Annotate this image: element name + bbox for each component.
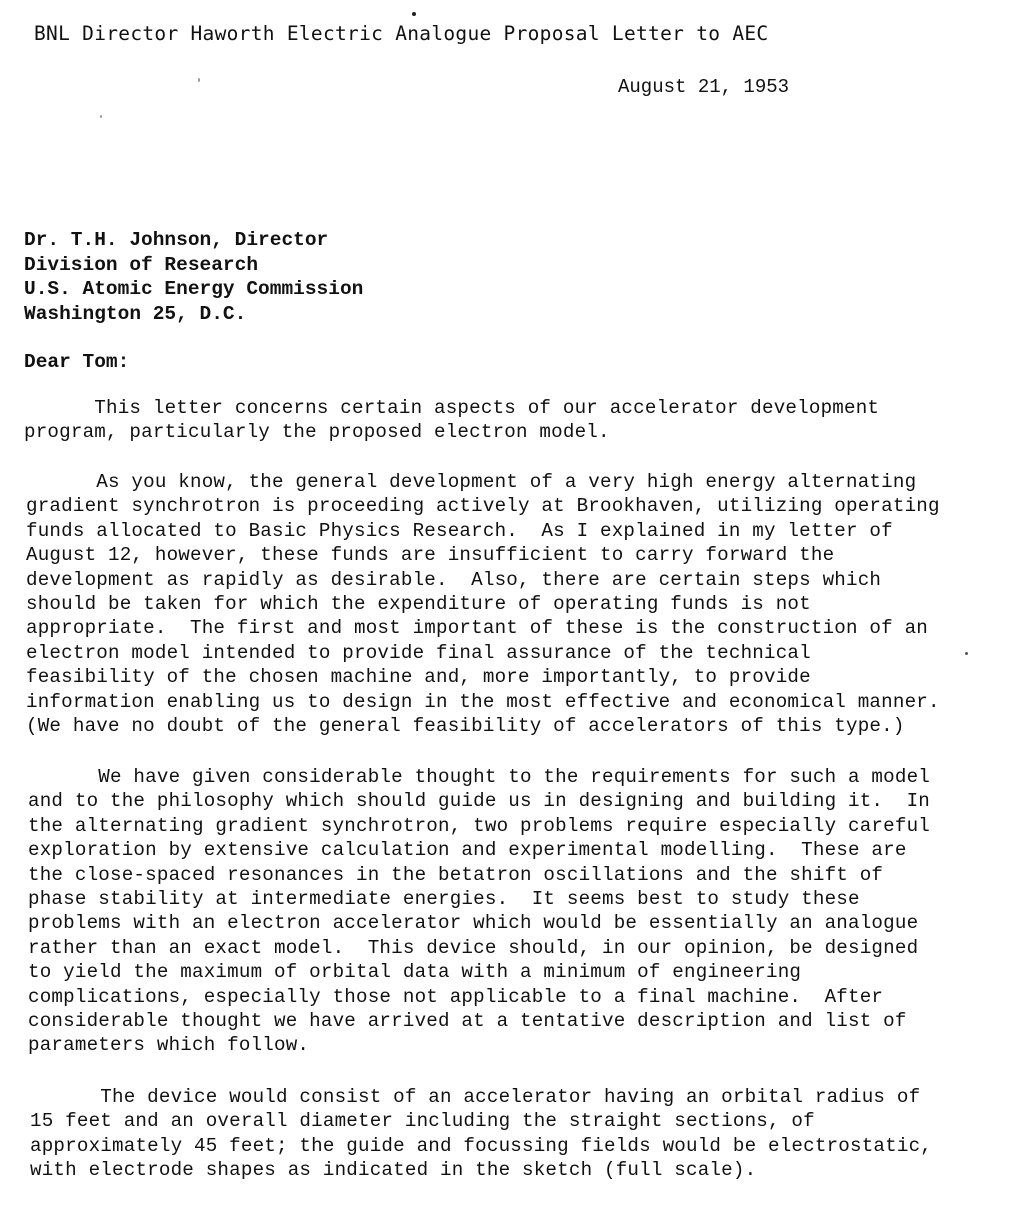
text-line: problems with an electron accelerator wh… [28, 911, 930, 935]
text-line: complications, especially those not appl… [28, 985, 930, 1009]
scan-speck [412, 12, 416, 16]
paragraph-3: We have given considerable thought to th… [28, 765, 930, 1058]
text-line: information enabling us to design in the… [26, 690, 940, 714]
text-line: (We have no doubt of the general feasibi… [26, 714, 940, 738]
scan-speck [965, 652, 968, 655]
recipient-address: Dr. T.H. Johnson, Director Division of R… [24, 228, 363, 326]
scan-speck [198, 78, 200, 82]
address-line: Washington 25, D.C. [24, 302, 363, 327]
salutation: Dear Tom: [24, 351, 129, 373]
text-line: parameters which follow. [28, 1033, 930, 1057]
address-line: Dr. T.H. Johnson, Director [24, 228, 363, 253]
text-line: with electrode shapes as indicated in th… [30, 1158, 932, 1182]
text-line: the alternating gradient synchrotron, tw… [28, 814, 930, 838]
text-line: We have given considerable thought to th… [28, 765, 930, 789]
text-line: considerable thought we have arrived at … [28, 1009, 930, 1033]
text-line: feasibility of the chosen machine and, m… [26, 665, 940, 689]
paragraph-2: As you know, the general development of … [26, 470, 940, 738]
text-line: should be taken for which the expenditur… [26, 592, 940, 616]
scan-speck [100, 115, 102, 118]
text-line: appropriate. The first and most importan… [26, 616, 940, 640]
text-line: program, particularly the proposed elect… [24, 420, 879, 444]
text-line: the close-spaced resonances in the betat… [28, 863, 930, 887]
address-line: Division of Research [24, 253, 363, 278]
text-line: rather than an exact model. This device … [28, 936, 930, 960]
text-line: phase stability at intermediate energies… [28, 887, 930, 911]
document-title: BNL Director Haworth Electric Analogue P… [34, 22, 768, 45]
text-line: As you know, the general development of … [26, 470, 940, 494]
address-line: U.S. Atomic Energy Commission [24, 277, 363, 302]
letter-date: August 21, 1953 [618, 76, 789, 98]
text-line: exploration by extensive calculation and… [28, 838, 930, 862]
text-line: approximately 45 feet; the guide and foc… [30, 1134, 932, 1158]
paragraph-4: The device would consist of an accelerat… [30, 1085, 932, 1183]
text-line: and to the philosophy which should guide… [28, 789, 930, 813]
paragraph-1: This letter concerns certain aspects of … [24, 396, 879, 445]
text-line: funds allocated to Basic Physics Researc… [26, 519, 940, 543]
text-line: This letter concerns certain aspects of … [24, 396, 879, 420]
text-line: gradient synchrotron is proceeding activ… [26, 494, 940, 518]
text-line: The device would consist of an accelerat… [30, 1085, 932, 1109]
text-line: development as rapidly as desirable. Als… [26, 568, 940, 592]
text-line: August 12, however, these funds are insu… [26, 543, 940, 567]
text-line: electron model intended to provide final… [26, 641, 940, 665]
text-line: to yield the maximum of orbital data wit… [28, 960, 930, 984]
text-line: 15 feet and an overall diameter includin… [30, 1109, 932, 1133]
